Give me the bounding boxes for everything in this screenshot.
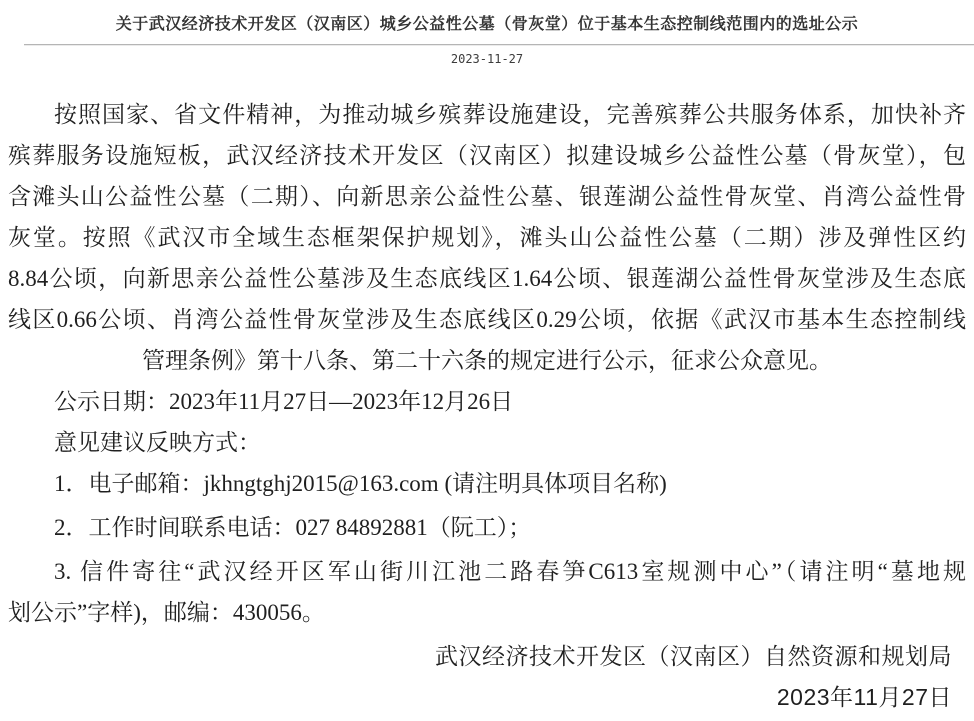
contact-item-mail: 3. 信件寄往“武汉经开区军山街川江池二路春笋C613室规测中心”（请注明“墓地… bbox=[8, 551, 966, 633]
contact-item-email: 1．电子邮箱：jkhngtghj2015@163.com (请注明具体项目名称) bbox=[8, 463, 966, 504]
main-paragraph: 按照国家、省文件精神，为推动城乡殡葬设施建设，完善殡葬公共服务体系，加快补齐 殡… bbox=[8, 94, 966, 381]
notice-body: 按照国家、省文件精神，为推动城乡殡葬设施建设，完善殡葬公共服务体系，加快补齐 殡… bbox=[0, 94, 974, 718]
paragraph-line-last: 管理条例》第十八条、第二十六条的规定进行公示，征求公众意见。 bbox=[8, 340, 966, 381]
title-divider bbox=[24, 44, 974, 46]
signoff-agency: 武汉经济技术开发区（汉南区）自然资源和规划局 bbox=[8, 636, 966, 677]
paragraph-line: 8.84公顷，向新思亲公益性公墓涉及生态底线区1.64公顷、银莲湖公益性骨灰堂涉… bbox=[8, 258, 966, 299]
page-title: 关于武汉经济技术开发区（汉南区）城乡公益性公墓（骨灰堂）位于基本生态控制线范围内… bbox=[0, 0, 974, 34]
signoff-date: 2023年11月27日 bbox=[8, 677, 966, 718]
paragraph-line: 线区0.66公顷、肖湾公益性骨灰堂涉及生态底线区0.29公顷，依据《武汉市基本生… bbox=[8, 299, 966, 340]
publish-date: 2023-11-27 bbox=[0, 52, 974, 66]
paragraph-line: 灰堂。按照《武汉市全域生态框架保护规划》，滩头山公益性公墓（二期）涉及弹性区约 bbox=[8, 217, 966, 258]
contact-item-phone: 2．工作时间联系电话：027 84892881（阮工）； bbox=[8, 507, 966, 548]
paragraph-line: 按照国家、省文件精神，为推动城乡殡葬设施建设，完善殡葬公共服务体系，加快补齐 bbox=[8, 94, 966, 135]
notice-page: 关于武汉经济技术开发区（汉南区）城乡公益性公墓（骨灰堂）位于基本生态控制线范围内… bbox=[0, 0, 974, 721]
paragraph-line: 3. 信件寄往“武汉经开区军山街川江池二路春笋C613室规测中心”（请注明“墓地… bbox=[8, 551, 966, 592]
publicity-period: 公示日期：2023年11月27日—2023年12月26日 bbox=[8, 381, 966, 422]
paragraph-line: 含滩头山公益性公墓（二期）、向新思亲公益性公墓、银莲湖公益性骨灰堂、肖湾公益性骨 bbox=[8, 176, 966, 217]
feedback-heading: 意见建议反映方式： bbox=[8, 422, 966, 463]
paragraph-line: 划公示”字样)，邮编：430056。 bbox=[8, 592, 966, 633]
paragraph-line: 殡葬服务设施短板，武汉经济技术开发区（汉南区）拟建设城乡公益性公墓（骨灰堂），包 bbox=[8, 135, 966, 176]
